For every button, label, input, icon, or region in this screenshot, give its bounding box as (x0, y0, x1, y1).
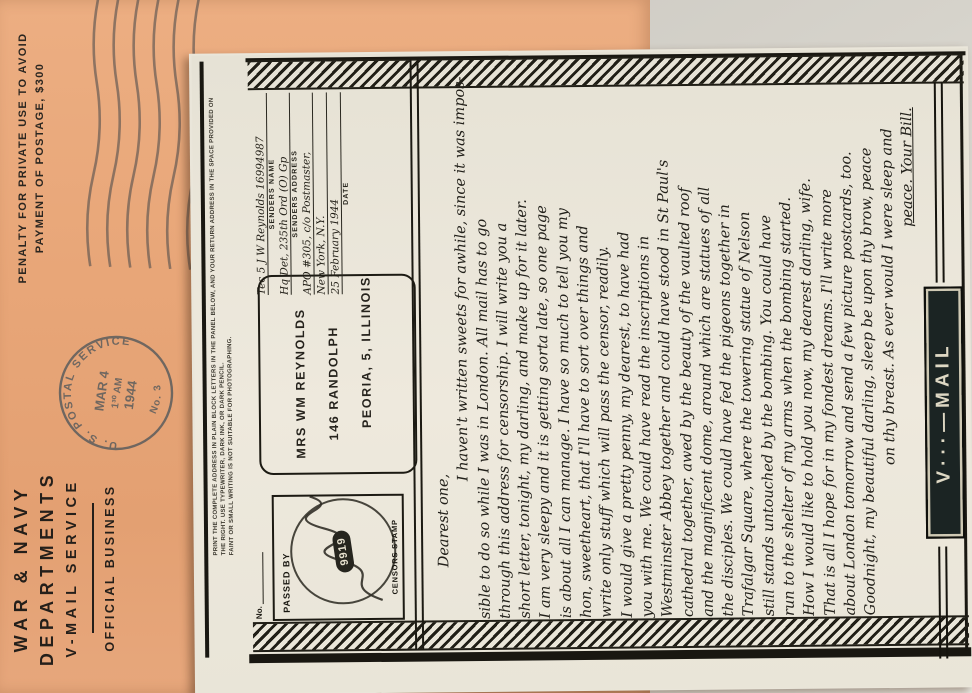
form-border-top (199, 61, 208, 657)
svg-text:No. 3: No. 3 (148, 381, 166, 416)
letter-line: peace. Your Bill. (896, 80, 918, 226)
sender-date-value: 25 February 1944 (327, 92, 342, 294)
scanned-document-background: PENALTY FOR PRIVATE USE TO AVOID PAYMENT… (0, 0, 972, 693)
department-line-2: DEPARTMENTS (34, 439, 60, 693)
vmail-form: PRINT THE COMPLETE ADDRESS IN PLAIN BLOC… (191, 48, 972, 693)
postmark-date: MAR 4 (91, 369, 112, 412)
sender-address-label: SENDERS ADDRESS (289, 92, 300, 294)
censor-stamp-circle: 9919 (289, 497, 396, 604)
sender-city-value: New York, N.Y. (313, 92, 328, 294)
sender-info-block: Tec 5 J W Reynolds 16994987 SENDERS NAME… (253, 92, 352, 295)
sender-apo-value: APO #305, c/o Postmaster, (299, 92, 314, 294)
v-mail-logo: V···—MAIL (923, 286, 964, 538)
address-panel: MRS WM REYNOLDS 146 RANDOLPH PEORIA, 5, … (257, 273, 417, 475)
addressee-name: MRS WM REYNOLDS (283, 276, 318, 458)
service-line: V-MAIL SERVICE (60, 439, 84, 693)
passed-by-label: PASSED BY (281, 552, 292, 612)
letter-body: Dearest one, I haven't written sweets fo… (429, 80, 928, 619)
v-mail-logo-text: V···—MAIL (932, 341, 954, 483)
return-department-block: WAR & NAVY DEPARTMENTS V-MAIL SERVICE OF… (8, 439, 148, 693)
logo-rule-right (933, 82, 944, 282)
sender-address-row: Hq Det, 235th Ord (O) Gp SENDERS ADDRESS (276, 92, 300, 294)
hatched-border-left (252, 615, 968, 652)
logo-rule-left (938, 546, 948, 658)
sender-apo-row: APO #305, c/o Postmaster, (299, 92, 314, 294)
form-instructions: PRINT THE COMPLETE ADDRESS IN PLAIN BLOC… (207, 85, 236, 555)
no-blank-rule (262, 552, 263, 604)
censors-stamp-label: CENSORS STAMP (389, 495, 399, 617)
sender-date-row: 25 February 1944 DATE (327, 92, 351, 294)
sender-name-row: Tec 5 J W Reynolds 16994987 SENDERS NAME (253, 92, 277, 294)
penalty-line-1: PENALTY FOR PRIVATE USE TO AVOID (15, 8, 32, 308)
addressee-street: 146 RANDOLPH (316, 276, 351, 440)
no-label: No. (254, 606, 263, 619)
addressee-city: PEORIA, 5, ILLINOIS (349, 275, 383, 427)
postmark-number-text: No. 3 (148, 381, 166, 416)
department-line-1: WAR & NAVY (8, 439, 34, 693)
divider-rule (92, 503, 94, 633)
censor-stamp-box: PASSED BY 9919 CENSORS STAMP (271, 493, 404, 620)
sender-unit-value: Hq Det, 235th Ord (O) Gp (276, 92, 291, 294)
sender-name-value: Tec 5 J W Reynolds 16994987 (253, 93, 268, 295)
censor-number-field: No. (254, 552, 264, 619)
official-business-line: OFFICIAL BUSINESS (103, 439, 117, 693)
sender-name-label: SENDERS NAME (266, 92, 277, 294)
sender-city-row: New York, N.Y. (313, 92, 328, 294)
letter-line: on thy breast. As ever would I were slee… (876, 80, 900, 464)
sender-date-label: DATE (340, 92, 351, 294)
postmark-year: 1944 (121, 379, 140, 410)
vmail-letter-sheet: PRINT THE COMPLETE ADDRESS IN PLAIN BLOC… (189, 46, 972, 693)
penalty-line-2: PAYMENT OF POSTAGE, $300 (32, 8, 49, 308)
letter-line: I haven't written sweets for awhile, sin… (450, 85, 474, 481)
penalty-notice: PENALTY FOR PRIVATE USE TO AVOID PAYMENT… (15, 8, 53, 308)
